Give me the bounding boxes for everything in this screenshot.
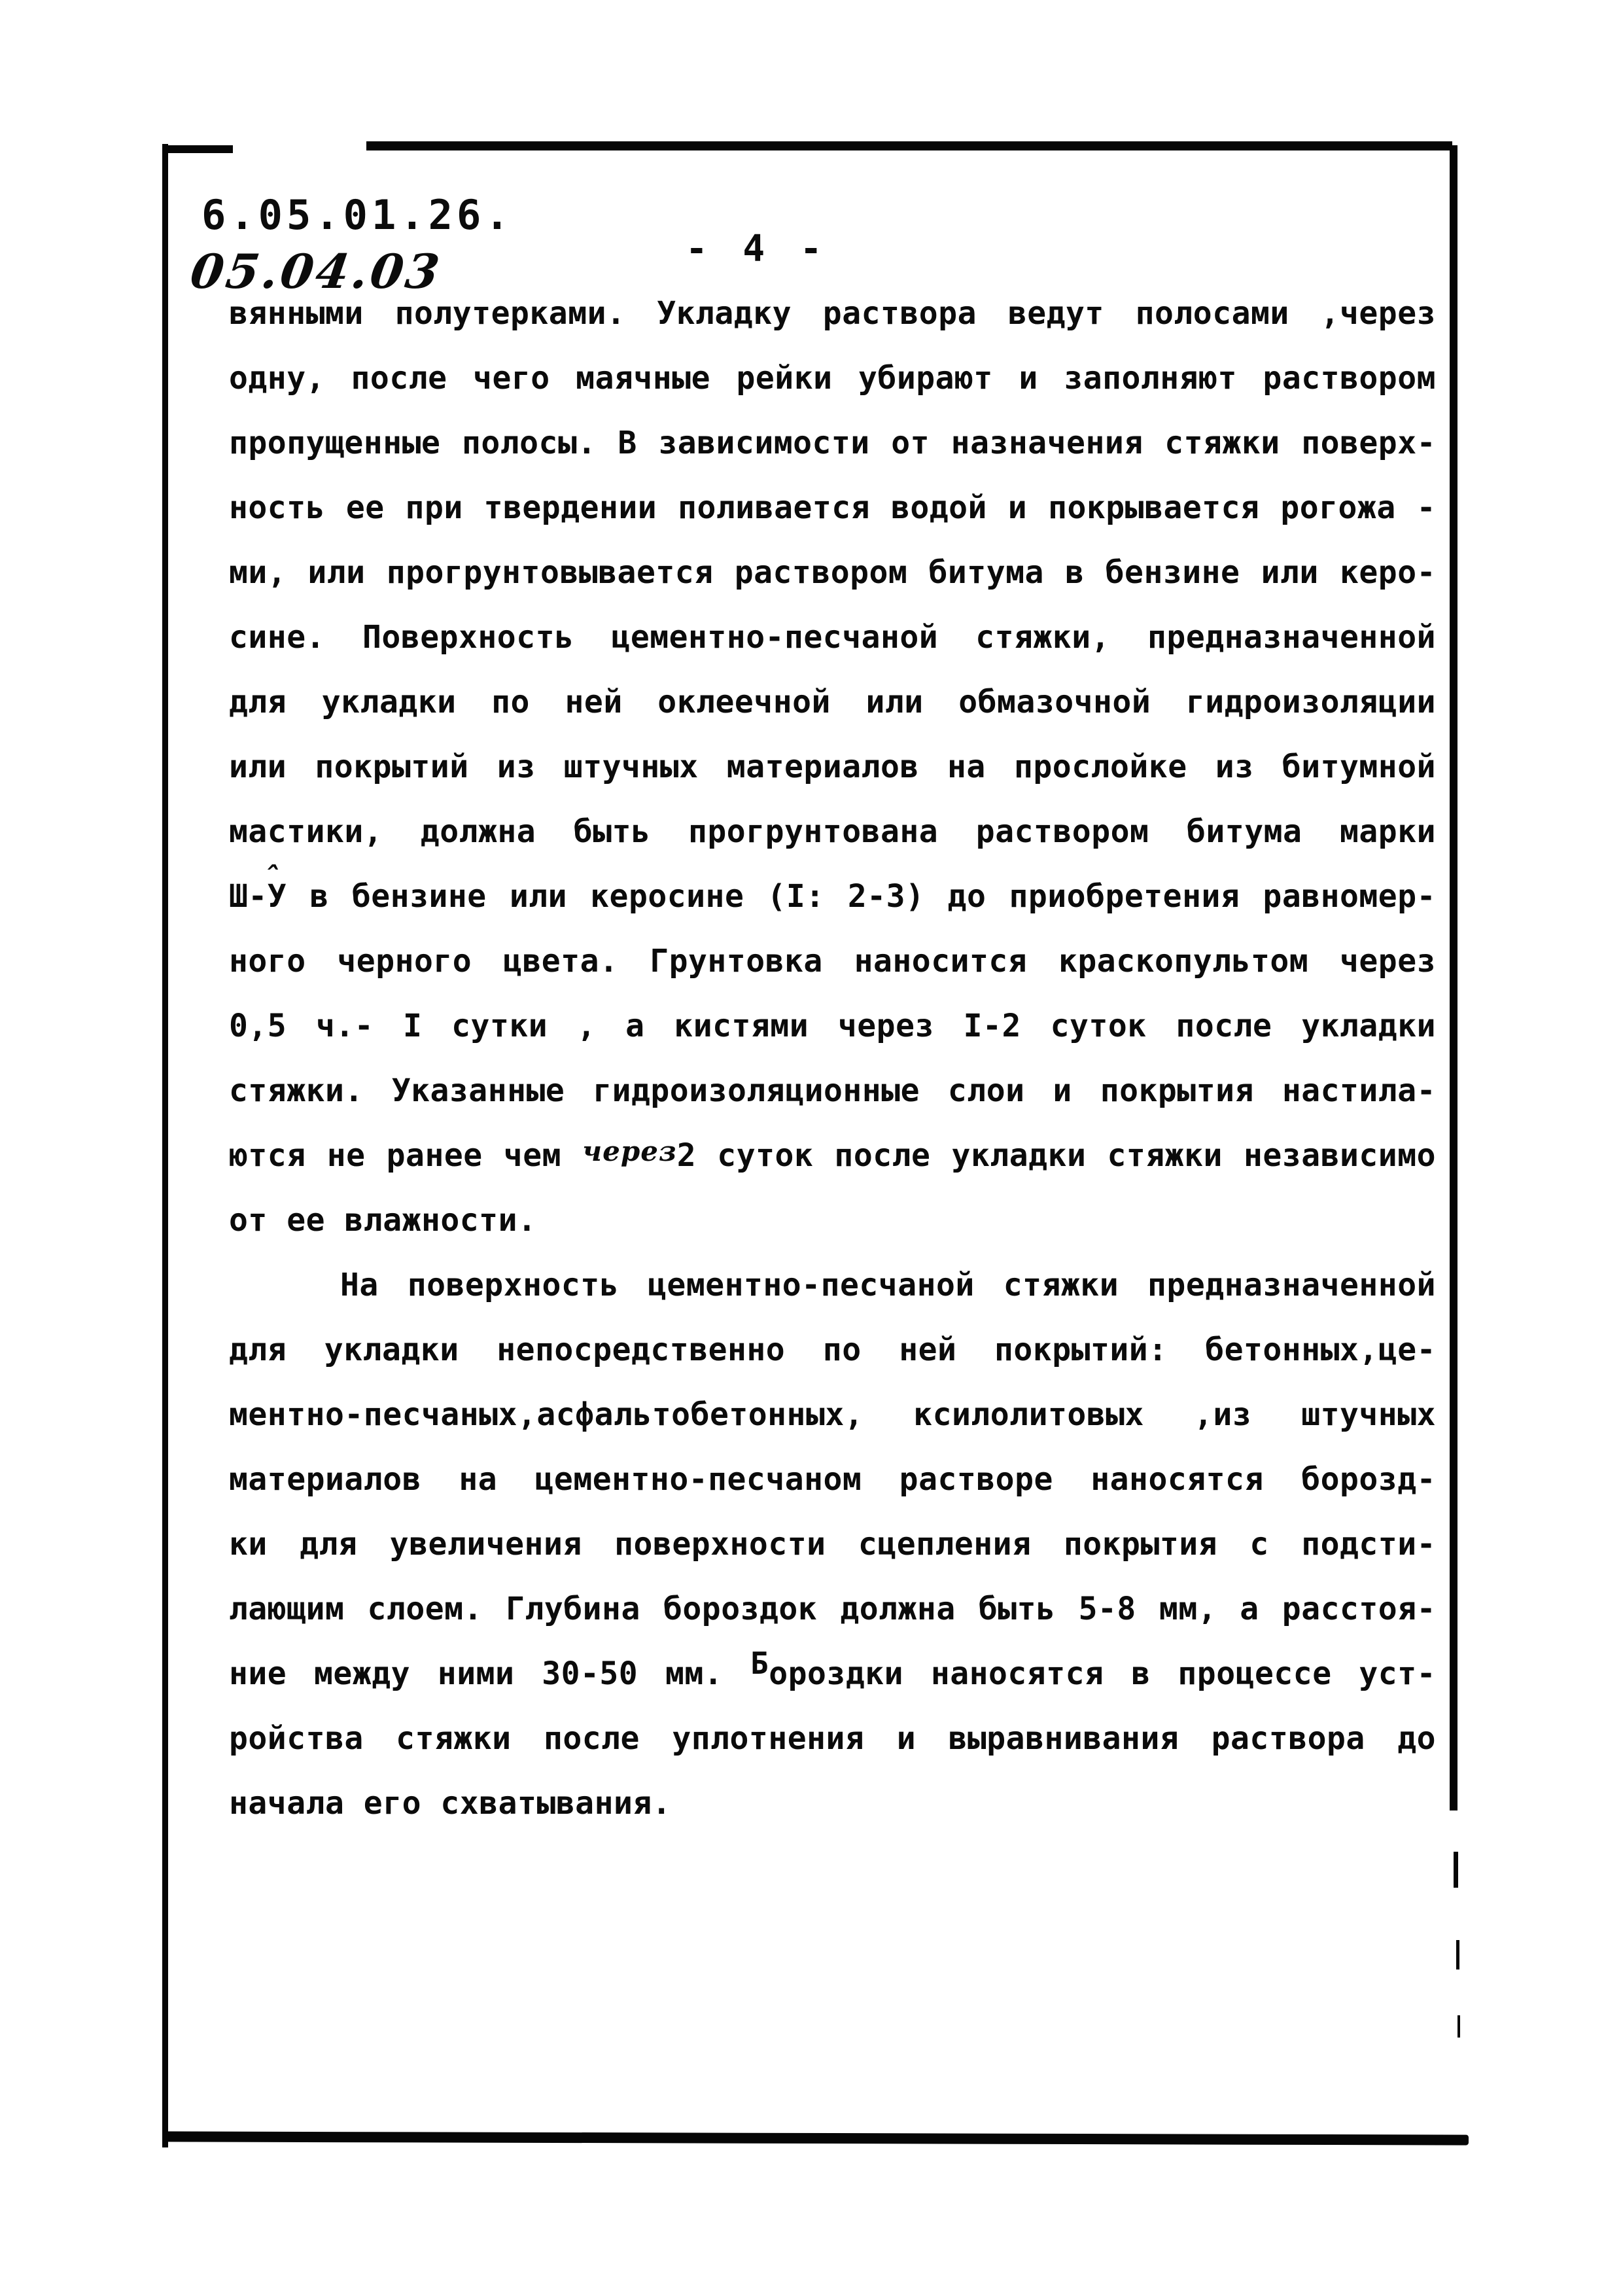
typed-text: 0,5 ч.- I сутки , а кистями через I-2 су…: [229, 1008, 1436, 1044]
page-number: - 4 -: [686, 228, 829, 270]
text-line: сине. Поверхность цементно-песчаной стяж…: [229, 605, 1436, 670]
text-line: стяжки. Указанные гидроизоляционные слои…: [229, 1059, 1436, 1123]
typed-text: 2 суток после укладки стяжки независимо: [677, 1137, 1436, 1174]
typed-text: ройства стяжки после уплотнения и выравн…: [229, 1720, 1436, 1757]
page-border-top-stub: [162, 145, 233, 153]
typed-text: пропущенные полосы. В зависимости от наз…: [229, 425, 1436, 461]
typed-text: стяжки. Указанные гидроизоляционные слои…: [229, 1072, 1436, 1109]
text-line: пропущенные полосы. В зависимости от наз…: [229, 411, 1436, 476]
text-line: начала его схватывания.: [229, 1771, 1436, 1836]
text-body: вянными полутерками. Укладку раствора ве…: [229, 281, 1436, 1836]
typed-text: ороздки наносятся в процессе уст-: [769, 1655, 1436, 1692]
typed-text: от ее влажности.: [229, 1202, 536, 1239]
typed-text: сине. Поверхность цементно-песчаной стяж…: [229, 619, 1436, 656]
text-line: ются не ранее чем через2 суток после укл…: [229, 1123, 1436, 1188]
typed-text: для укладки непосредственно по ней покры…: [229, 1332, 1436, 1368]
text-line: ние между ними 30-50 мм. Бороздки нанося…: [229, 1642, 1436, 1706]
typed-text: материалов на цементно-песчаном растворе…: [229, 1461, 1436, 1498]
text-line: 0,5 ч.- I сутки , а кистями через I-2 су…: [229, 994, 1436, 1059]
page-border-right-dash: [1456, 1940, 1459, 1969]
text-line: Ш-Уˆ в бензине или керосине (I: 2-3) до …: [229, 864, 1436, 929]
typed-text: в бензине или керосине (I: 2-3) до приоб…: [287, 878, 1436, 915]
typed-text: На поверхность цементно-песчаной стяжки …: [340, 1267, 1436, 1303]
typed-text: ного черного цвета. Грунтовка наносится …: [229, 943, 1436, 980]
page-border-right-dash: [1454, 1852, 1458, 1888]
text-line: одну, после чего маячные рейки убирают и…: [229, 346, 1436, 411]
text-line: материалов на цементно-песчаном растворе…: [229, 1447, 1436, 1512]
scanned-document-page: 6.05.01.26. 05.04.03 - 4 - вянными полут…: [0, 0, 1623, 2296]
text-line: На поверхность цементно-песчаной стяжки …: [229, 1253, 1436, 1318]
page-border-left: [162, 144, 168, 2147]
document-code-typed: 6.05.01.26.: [201, 191, 514, 239]
page-border-bottom: [164, 2131, 1469, 2145]
typed-text: ность ее при твердении поливается водой …: [229, 489, 1436, 526]
text-line: ми, или прогрунтовывается раствором биту…: [229, 540, 1436, 605]
text-line: лающим слоем. Глубина бороздок должна бы…: [229, 1577, 1436, 1642]
text-line: или покрытий из штучных материалов на пр…: [229, 735, 1436, 800]
page-border-right: [1450, 145, 1457, 1810]
typed-text: или покрытий из штучных материалов на пр…: [229, 749, 1436, 785]
page-border-top: [366, 141, 1452, 150]
text-line: вянными полутерками. Укладку раствора ве…: [229, 281, 1436, 346]
typed-text: для укладки по ней оклеечной или обмазоч…: [229, 684, 1436, 720]
typed-text: ки для увеличения поверхности сцепления …: [229, 1526, 1436, 1563]
typed-text: начала его схватывания.: [229, 1785, 671, 1822]
typed-text: одну, после чего маячные рейки убирают и…: [229, 360, 1436, 397]
typed-text: вянными полутерками. Укладку раствора ве…: [229, 295, 1436, 332]
text-line: от ее влажности.: [229, 1188, 1436, 1253]
typed-text: ются не ранее чем: [229, 1137, 582, 1174]
text-line: ки для увеличения поверхности сцепления …: [229, 1512, 1436, 1577]
text-line: для укладки по ней оклеечной или обмазоч…: [229, 670, 1436, 735]
text-line: ного черного цвета. Грунтовка наносится …: [229, 929, 1436, 994]
text-line: ройства стяжки после уплотнения и выравн…: [229, 1706, 1436, 1771]
text-line: для укладки непосредственно по ней покры…: [229, 1318, 1436, 1383]
typed-text: ми, или прогрунтовывается раствором биту…: [229, 554, 1436, 591]
text-line: ность ее при твердении поливается водой …: [229, 476, 1436, 540]
typed-text: мастики, должна быть прогрунтована раств…: [229, 813, 1436, 850]
handwritten-insertion: через: [582, 1135, 677, 1167]
typed-text: лающим слоем. Глубина бороздок должна бы…: [229, 1591, 1436, 1627]
text-line: ментно-песчаных,асфальтобетонных, ксилол…: [229, 1383, 1436, 1447]
typed-text: ние между ними 30-50 мм.: [229, 1655, 750, 1692]
text-line: мастики, должна быть прогрунтована раств…: [229, 800, 1436, 864]
typed-text: ментно-песчаных,асфальтобетонных, ксилол…: [229, 1396, 1436, 1433]
page-border-right-dash: [1457, 2015, 1460, 2038]
typed-text: Б: [750, 1646, 769, 1681]
